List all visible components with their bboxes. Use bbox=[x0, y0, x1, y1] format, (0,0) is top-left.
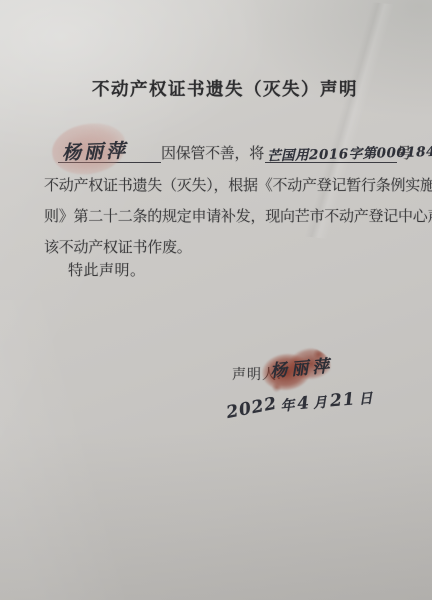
date-year: 2022 bbox=[225, 394, 279, 423]
certificate-number-blank: 芒国用2016字第0001847 bbox=[265, 140, 397, 163]
owner-name-blank: 杨丽萍 bbox=[58, 140, 161, 163]
date-month: 4 bbox=[296, 393, 311, 414]
document-photo: 不动产权证书遗失（灭失）声明 杨丽萍 因保管不善，将 芒国用2016字第0001… bbox=[0, 0, 432, 600]
line1-text: 因保管不善，将 bbox=[161, 146, 264, 162]
date-day: 21 bbox=[329, 389, 356, 411]
owner-name-handwritten: 杨丽萍 bbox=[62, 136, 129, 165]
declarant-signature-handwritten: 杨丽萍 bbox=[269, 351, 334, 381]
date-year-unit: 年 bbox=[280, 398, 295, 415]
closing-statement: 特此声明。 bbox=[68, 259, 146, 280]
date-day-unit: 日 bbox=[358, 391, 373, 408]
certificate-number-handwritten: 芒国用2016字第0001847 bbox=[267, 140, 432, 165]
signature-date: 2022年4月21日 bbox=[225, 388, 376, 421]
document-title: 不动产权证书遗失（灭失）声明 bbox=[9, 76, 432, 101]
declaration-body: 不动产权证书遗失（灭失），根据《不动产登记暂行条例实施细 则》第二十二条的规定申… bbox=[44, 171, 404, 264]
body-line: 不动产权证书遗失（灭失），根据《不动产登记暂行条例实施细 bbox=[44, 171, 404, 202]
body-line: 则》第二十二条的规定申请补发，现向芒市不动产登记中心声明 bbox=[44, 202, 404, 233]
declaration-first-line: 杨丽萍 因保管不善，将 芒国用2016字第0001847 号 bbox=[58, 140, 418, 163]
paper-highlight bbox=[0, 300, 180, 600]
date-month-unit: 月 bbox=[313, 395, 328, 412]
